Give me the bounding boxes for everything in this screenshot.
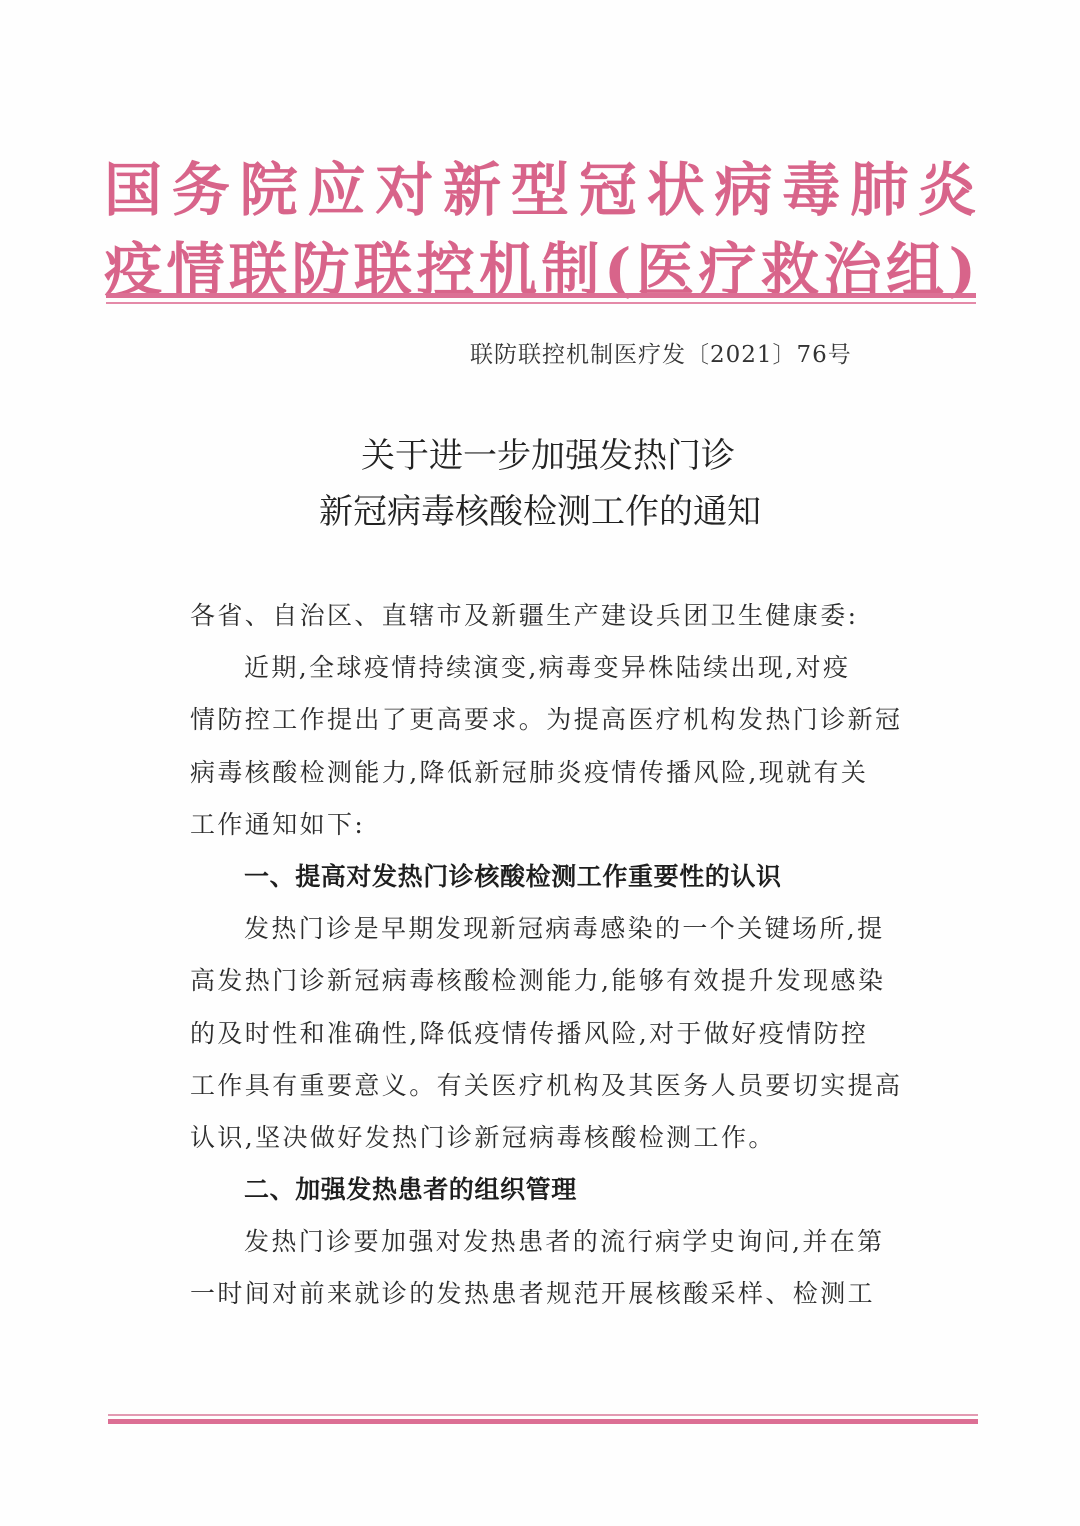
- header-char: 救: [761, 230, 819, 310]
- header-char: 机: [479, 230, 537, 310]
- body-line: 工作通知如下:: [190, 799, 910, 851]
- title-line-1: 关于进一步加强发热门诊: [0, 428, 1080, 484]
- title-line-2: 新冠病毒核酸检测工作的通知: [0, 484, 1080, 540]
- header-char: 型: [511, 150, 569, 230]
- body-line: 一时间对前来就诊的发热患者规范开展核酸采样、检测工: [190, 1268, 910, 1320]
- document-body: 各省、自治区、直辖市及新疆生产建设兵团卫生健康委: 近期,全球疫情持续演变,病毒…: [190, 590, 910, 1321]
- header-char: 冠: [579, 150, 637, 230]
- header-char: 病: [714, 150, 772, 230]
- header-char: 疫: [104, 230, 162, 310]
- header-char: 控: [417, 230, 475, 310]
- header-char: 联: [229, 230, 287, 310]
- footer-divider-thin: [108, 1414, 978, 1416]
- header-char: 情: [167, 230, 225, 310]
- header-char: 国: [104, 150, 162, 230]
- header-line-1: 国 务 院 应 对 新 型 冠 状 病 毒 肺 炎: [104, 150, 976, 230]
- header-char: ): [948, 230, 975, 310]
- body-line: 高发热门诊新冠病毒核酸检测能力,能够有效提升发现感染: [190, 955, 910, 1007]
- header-char: 状: [647, 150, 705, 230]
- header-char: 治: [823, 230, 881, 310]
- addressee: 各省、自治区、直辖市及新疆生产建设兵团卫生健康委:: [190, 590, 910, 642]
- footer-divider-thick: [108, 1419, 978, 1424]
- header-char: 务: [172, 150, 230, 230]
- section-2-heading: 二、加强发热患者的组织管理: [190, 1164, 910, 1216]
- header-char: (: [604, 230, 631, 310]
- header-char: 肺: [850, 150, 908, 230]
- header-char: 联: [354, 230, 412, 310]
- body-line: 发热门诊是早期发现新冠病毒感染的一个关键场所,提: [190, 903, 910, 955]
- header-char: 院: [240, 150, 298, 230]
- issuing-authority-header: 国 务 院 应 对 新 型 冠 状 病 毒 肺 炎 疫 情 联 防 联 控 机 …: [104, 150, 976, 310]
- body-line: 工作具有重要意义。有关医疗机构及其医务人员要切实提高: [190, 1060, 910, 1112]
- header-char: 应: [307, 150, 365, 230]
- header-char: 组: [886, 230, 944, 310]
- body-line: 认识,坚决做好发热门诊新冠病毒核酸检测工作。: [190, 1112, 910, 1164]
- body-line: 病毒核酸检测能力,降低新冠肺炎疫情传播风险,现就有关: [190, 747, 910, 799]
- header-char: 制: [542, 230, 600, 310]
- header-line-2: 疫 情 联 防 联 控 机 制 ( 医 疗 救 治 组 ): [104, 230, 976, 310]
- body-line: 发热门诊要加强对发热患者的流行病学史询问,并在第: [190, 1216, 910, 1268]
- header-char: 防: [292, 230, 350, 310]
- header-char: 疗: [698, 230, 756, 310]
- document-page: 国 务 院 应 对 新 型 冠 状 病 毒 肺 炎 疫 情 联 防 联 控 机 …: [0, 0, 1080, 1526]
- header-char: 新: [443, 150, 501, 230]
- header-char: 医: [636, 230, 694, 310]
- header-char: 毒: [782, 150, 840, 230]
- body-line: 的及时性和准确性,降低疫情传播风险,对于做好疫情防控: [190, 1008, 910, 1060]
- document-title: 关于进一步加强发热门诊 新冠病毒核酸检测工作的通知: [0, 428, 1080, 540]
- section-1-heading: 一、提高对发热门诊核酸检测工作重要性的认识: [190, 851, 910, 903]
- header-divider-thin: [106, 302, 976, 304]
- document-number: 联防联控机制医疗发〔2021〕76号: [470, 336, 852, 369]
- body-line: 近期,全球疫情持续演变,病毒变异株陆续出现,对疫: [190, 642, 910, 694]
- header-divider-thick: [106, 293, 976, 298]
- header-char: 炎: [918, 150, 976, 230]
- body-line: 情防控工作提出了更高要求。为提高医疗机构发热门诊新冠: [190, 694, 910, 746]
- header-char: 对: [375, 150, 433, 230]
